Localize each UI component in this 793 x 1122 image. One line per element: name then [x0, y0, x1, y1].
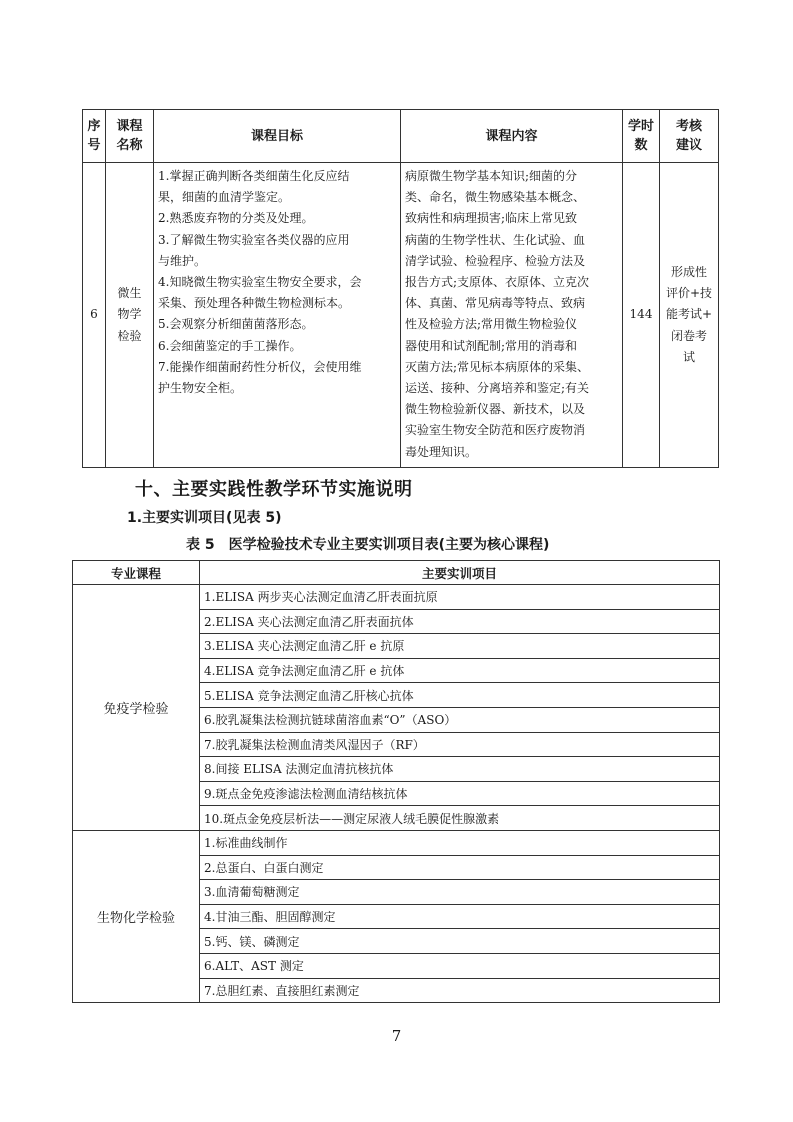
- table-caption: 表 5 医学检验技术专业主要实训项目表(主要为核心课程): [186, 534, 549, 554]
- training-projects-table: 专业课程 主要实训项目 免疫学检验 1.ELISA 两步夹心法测定血清乙肝表面抗…: [72, 560, 720, 1003]
- header-training-items: 主要实训项目: [200, 561, 720, 585]
- row-assessment: 形成性 评价+技 能考试+ 闭卷考 试: [660, 163, 719, 468]
- training-table-header: 专业课程 主要实训项目: [73, 561, 720, 585]
- training-item: 6.胶乳凝集法检测抗链球菌溶血素“O”（ASO）: [200, 707, 720, 732]
- training-item: 4.甘油三酯、胆固醇测定: [200, 904, 720, 929]
- training-item: 2.总蛋白、白蛋白测定: [200, 855, 720, 880]
- training-item: 5.钙、镁、磷测定: [200, 929, 720, 954]
- row-seq: 6: [83, 163, 106, 468]
- course-immunology: 免疫学检验: [73, 585, 200, 831]
- header-professional-course: 专业课程: [73, 561, 200, 585]
- training-item: 6.ALT、AST 测定: [200, 953, 720, 978]
- training-item: 3.ELISA 夹心法测定血清乙肝 e 抗原: [200, 634, 720, 659]
- header-course-content: 课程内容: [401, 110, 623, 163]
- subsection-heading: 1.主要实训项目(见表 5): [127, 507, 281, 527]
- row-course-goals: 1.掌握正确判断各类细菌生化反应结 果，细菌的血清学鉴定。 2.熟悉废弃物的分类…: [154, 163, 401, 468]
- row-hours: 144: [623, 163, 660, 468]
- course-table-header: 序 号 课程 名称 课程目标 课程内容 学时 数 考核 建议: [83, 110, 719, 163]
- header-course-name: 课程 名称: [106, 110, 154, 163]
- document-page: 序 号 课程 名称 课程目标 课程内容 学时 数 考核 建议: [0, 0, 793, 1122]
- table-row: 免疫学检验 1.ELISA 两步夹心法测定血清乙肝表面抗原: [73, 585, 720, 610]
- training-item: 2.ELISA 夹心法测定血清乙肝表面抗体: [200, 609, 720, 634]
- table-row: 6 微生 物学 检验 1.掌握正确判断各类细菌生化反应结 果，细菌的血清学鉴定。…: [83, 163, 719, 468]
- header-assessment: 考核 建议: [660, 110, 719, 163]
- section-heading: 十、主要实践性教学环节实施说明: [135, 475, 413, 501]
- training-item: 9.斑点金免疫渗滤法检测血清结核抗体: [200, 781, 720, 806]
- training-item: 1.ELISA 两步夹心法测定血清乙肝表面抗原: [200, 585, 720, 610]
- training-item: 7.胶乳凝集法检测血清类风湿因子（RF）: [200, 732, 720, 757]
- training-item: 1.标准曲线制作: [200, 830, 720, 855]
- table-row: 生物化学检验 1.标准曲线制作: [73, 830, 720, 855]
- course-biochemistry: 生物化学检验: [73, 830, 200, 1002]
- header-seq: 序 号: [83, 110, 106, 163]
- training-item: 3.血清葡萄糖测定: [200, 880, 720, 905]
- training-item: 8.间接 ELISA 法测定血清抗核抗体: [200, 757, 720, 782]
- training-item: 5.ELISA 竞争法测定血清乙肝核心抗体: [200, 683, 720, 708]
- row-course-content: 病原微生物学基本知识;细菌的分 类、命名，微生物感染基本概念、 致病性和病理损害…: [401, 163, 623, 468]
- training-item: 7.总胆红素、直接胆红素测定: [200, 978, 720, 1003]
- header-hours: 学时 数: [623, 110, 660, 163]
- page-number: 7: [0, 1027, 793, 1045]
- training-item: 10.斑点金免疫层析法——测定尿液人绒毛膜促性腺激素: [200, 806, 720, 831]
- header-course-goal: 课程目标: [154, 110, 401, 163]
- row-course-name: 微生 物学 检验: [106, 163, 154, 468]
- course-table: 序 号 课程 名称 课程目标 课程内容 学时 数 考核 建议: [82, 109, 719, 468]
- training-item: 4.ELISA 竞争法测定血清乙肝 e 抗体: [200, 658, 720, 683]
